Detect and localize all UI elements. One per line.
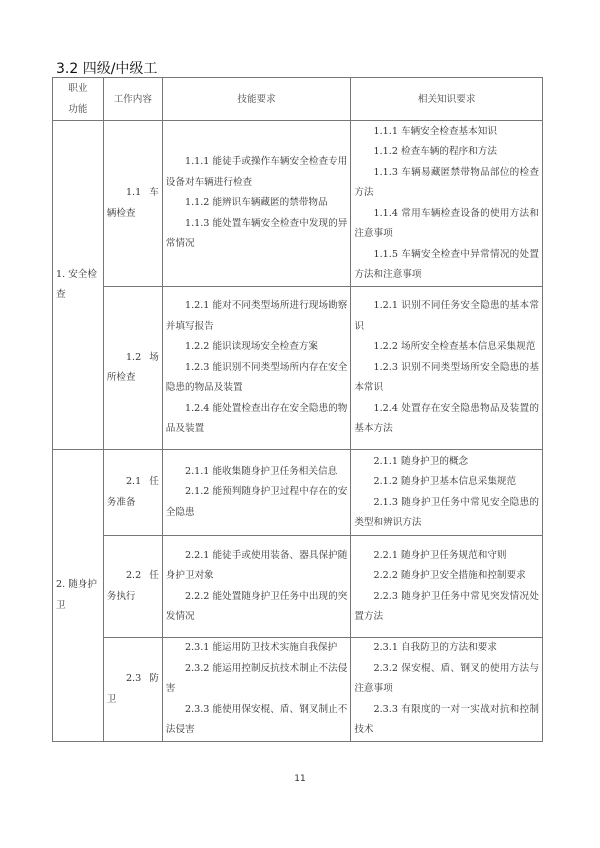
header-function: 职业 功能 [53, 78, 104, 121]
function-cell: 2. 随身护卫 [53, 450, 104, 742]
table-header-row: 职业 功能 工作内容 技能要求 相关知识要求 [53, 78, 543, 121]
knowledge-item: 2.2.1 随身护卫任务规范和守则 [354, 546, 539, 567]
content-cell: 2.2 任务执行 [103, 536, 162, 638]
knowledge-item: 1.2.3 识别不同类型场所安全隐患的基本常识 [354, 358, 539, 399]
skill-item: 1.2.3 能识别不同类型场所内存在安全隐患的物品及装置 [166, 358, 348, 399]
skill-item: 2.3.2 能运用控制反抗技术制止不法侵害 [166, 659, 348, 700]
header-skills: 技能要求 [162, 78, 351, 121]
content-text: 2.2 任务执行 [107, 566, 159, 607]
knowledge-item: 2.2.2 随身护卫安全措施和控制要求 [354, 566, 539, 587]
knowledge-cell: 2.3.1 自我防卫的方法和要求 2.3.2 保安棍、盾、钢叉的使用方法与注意事… [351, 638, 543, 742]
knowledge-cell: 2.2.1 随身护卫任务规范和守则 2.2.2 随身护卫安全措施和控制要求 2.… [351, 536, 543, 638]
header-knowledge: 相关知识要求 [351, 78, 543, 121]
skills-cell: 2.1.1 能收集随身护卫任务相关信息 2.1.2 能预判随身护卫过程中存在的安… [162, 450, 351, 536]
knowledge-item: 1.1.5 车辆安全检查中异常情况的处置方法和注意事项 [354, 245, 539, 286]
content-cell: 2.3 防卫 [103, 638, 162, 742]
function-cell: 1. 安全检查 [53, 121, 104, 450]
knowledge-item: 2.2.3 随身护卫任务中常见突发情况处置方法 [354, 587, 539, 628]
content-text: 1.1 车辆检查 [107, 183, 159, 224]
skill-item: 2.1.2 能预判随身护卫过程中存在的安全隐患 [166, 482, 348, 523]
skill-item: 2.3.1 能运用防卫技术实施自我保护 [166, 638, 348, 659]
skills-cell: 1.2.1 能对不同类型场所进行现场勘察并填写报告 1.2.2 能识读现场安全检… [162, 287, 351, 450]
content-cell: 1.2 场所检查 [103, 287, 162, 450]
skill-item: 1.1.3 能处置车辆安全检查中发现的异常情况 [166, 214, 348, 255]
skill-item: 2.1.1 能收集随身护卫任务相关信息 [166, 462, 348, 483]
header-function-line1: 职业 [56, 78, 100, 99]
table-row: 2.2 任务执行 2.2.1 能徒手或使用装备、器具保护随身护卫对象 2.2.2… [53, 536, 543, 638]
knowledge-item: 1.1.3 车辆易藏匿禁带物品部位的检查方法 [354, 163, 539, 204]
knowledge-item: 1.1.4 常用车辆检查设备的使用方法和注意事项 [354, 204, 539, 245]
skill-item: 1.2.1 能对不同类型场所进行现场勘察并填写报告 [166, 296, 348, 337]
knowledge-cell: 1.2.1 识别不同任务安全隐患的基本常识 1.2.2 场所安全检查基本信息采集… [351, 287, 543, 450]
section-title: 3.2 四级/中级工 [56, 58, 157, 78]
table-row: 2. 随身护卫 2.1 任务准备 2.1.1 能收集随身护卫任务相关信息 2.1… [53, 450, 543, 536]
skills-cell: 2.3.1 能运用防卫技术实施自我保护 2.3.2 能运用控制反抗技术制止不法侵… [162, 638, 351, 742]
knowledge-item: 1.1.1 车辆安全检查基本知识 [354, 122, 539, 143]
content-text: 2.1 任务准备 [107, 472, 159, 513]
knowledge-item: 2.1.2 随身护卫基本信息采集规范 [354, 472, 539, 493]
table-row: 2.3 防卫 2.3.1 能运用防卫技术实施自我保护 2.3.2 能运用控制反抗… [53, 638, 543, 742]
knowledge-item: 1.2.2 场所安全检查基本信息采集规范 [354, 337, 539, 358]
skill-item: 2.2.1 能徒手或使用装备、器具保护随身护卫对象 [166, 546, 348, 587]
knowledge-item: 1.1.2 检查车辆的程序和方法 [354, 142, 539, 163]
skill-item: 1.2.4 能处置检查出存在安全隐患的物品及装置 [166, 399, 348, 440]
skill-item: 1.1.1 能徒手或操作车辆安全检查专用设备对车辆进行检查 [166, 152, 348, 193]
knowledge-item: 1.2.4 处置存在安全隐患物品及装置的基本方法 [354, 399, 539, 440]
skills-cell: 2.2.1 能徒手或使用装备、器具保护随身护卫对象 2.2.2 能处置随身护卫任… [162, 536, 351, 638]
knowledge-item: 2.3.1 自我防卫的方法和要求 [354, 638, 539, 659]
knowledge-item: 2.3.2 保安棍、盾、钢叉的使用方法与注意事项 [354, 659, 539, 700]
header-function-line2: 功能 [56, 99, 100, 120]
content-text: 1.2 场所检查 [107, 348, 159, 389]
skills-table: 职业 功能 工作内容 技能要求 相关知识要求 1. 安全检查 1.1 车辆检查 … [52, 77, 543, 742]
content-text: 2.3 防卫 [107, 669, 159, 710]
skill-item: 1.1.2 能辨识车辆藏匿的禁带物品 [166, 193, 348, 214]
knowledge-item: 1.2.1 识别不同任务安全隐患的基本常识 [354, 296, 539, 337]
skill-item: 2.3.3 能使用保安棍、盾、钢叉制止不法侵害 [166, 700, 348, 741]
knowledge-item: 2.1.3 随身护卫任务中常见安全隐患的类型和辨识方法 [354, 493, 539, 534]
knowledge-item: 2.3.3 有限度的一对一实战对抗和控制技术 [354, 700, 539, 741]
knowledge-cell: 1.1.1 车辆安全检查基本知识 1.1.2 检查车辆的程序和方法 1.1.3 … [351, 121, 543, 287]
page-number: 11 [0, 774, 600, 784]
content-cell: 1.1 车辆检查 [103, 121, 162, 287]
knowledge-cell: 2.1.1 随身护卫的概念 2.1.2 随身护卫基本信息采集规范 2.1.3 随… [351, 450, 543, 536]
skill-item: 2.2.2 能处置随身护卫任务中出现的突发情况 [166, 587, 348, 628]
skill-item: 1.2.2 能识读现场安全检查方案 [166, 337, 348, 358]
knowledge-item: 2.1.1 随身护卫的概念 [354, 452, 539, 473]
table-row: 1.2 场所检查 1.2.1 能对不同类型场所进行现场勘察并填写报告 1.2.2… [53, 287, 543, 450]
table-row: 1. 安全检查 1.1 车辆检查 1.1.1 能徒手或操作车辆安全检查专用设备对… [53, 121, 543, 287]
skills-cell: 1.1.1 能徒手或操作车辆安全检查专用设备对车辆进行检查 1.1.2 能辨识车… [162, 121, 351, 287]
header-content: 工作内容 [103, 78, 162, 121]
content-cell: 2.1 任务准备 [103, 450, 162, 536]
